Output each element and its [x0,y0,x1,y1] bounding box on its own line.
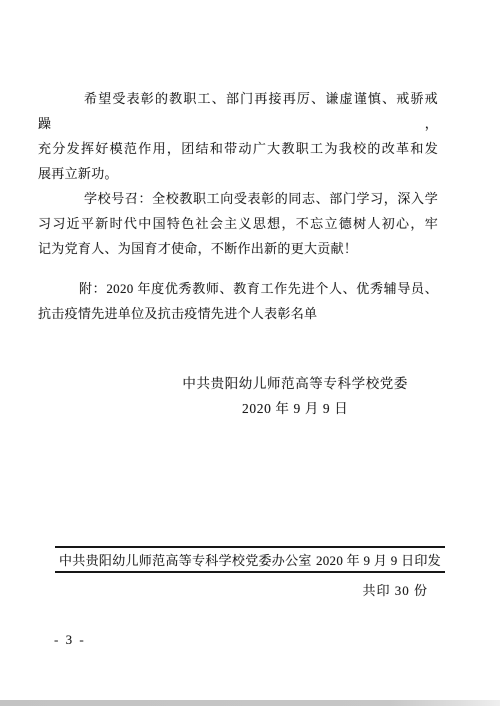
colophon-issuing-office: 中共贵阳幼儿师范高等专科学校党委办公室 [59,550,312,569]
body-line: 记为党育人、为国育才使命，不断作出新的更大贡献！ [38,236,438,261]
document-page: 希望受表彰的教职工、部门再接再厉、谦虚谨慎、戒骄戒躁， 充分发挥好模范作用，团结… [0,0,500,706]
body-text: 希望受表彰的教职工、部门再接再厉、谦虚谨慎、戒骄戒躁， 充分发挥好模范作用，团结… [38,86,438,261]
body-line: 希望受表彰的教职工、部门再接再厉、谦虚谨慎、戒骄戒躁， [38,86,438,136]
body-line: 充分发挥好模范作用，团结和带动广大教职工为我校的改革和发 [38,136,438,161]
body-line: 习习近平新时代中国特色社会主义思想，不忘立德树人初心，牢 [38,211,438,236]
colophon-print-date: 2020 年 9 月 9 日印发 [316,550,441,569]
signature-date: 2020 年 9 月 9 日 [182,396,408,421]
body-line: 展再立新功。 [38,161,438,186]
attachment-note: 附：2020 年度优秀教师、教育工作先进个人、优秀辅导员、 抗击疫情先进单位及抗… [38,276,438,326]
attachment-line: 抗击疫情先进单位及抗击疫情先进个人表彰名单 [38,301,438,326]
attachment-line: 附：2020 年度优秀教师、教育工作先进个人、优秀辅导员、 [38,276,438,301]
body-line: 学校号召：全校教职工向受表彰的同志、部门学习，深入学 [38,186,438,211]
signature-organization: 中共贵阳幼儿师范高等专科学校党委 [182,371,408,396]
page-number: - 3 - [54,630,86,650]
colophon-box: 中共贵阳幼儿师范高等专科学校党委办公室 2020 年 9 月 9 日印发 [55,546,445,573]
signature-block: 中共贵阳幼儿师范高等专科学校党委 2020 年 9 月 9 日 [182,371,408,421]
colophon-copies: 共印 30 份 [55,578,428,603]
scan-bottom-edge [0,700,500,706]
